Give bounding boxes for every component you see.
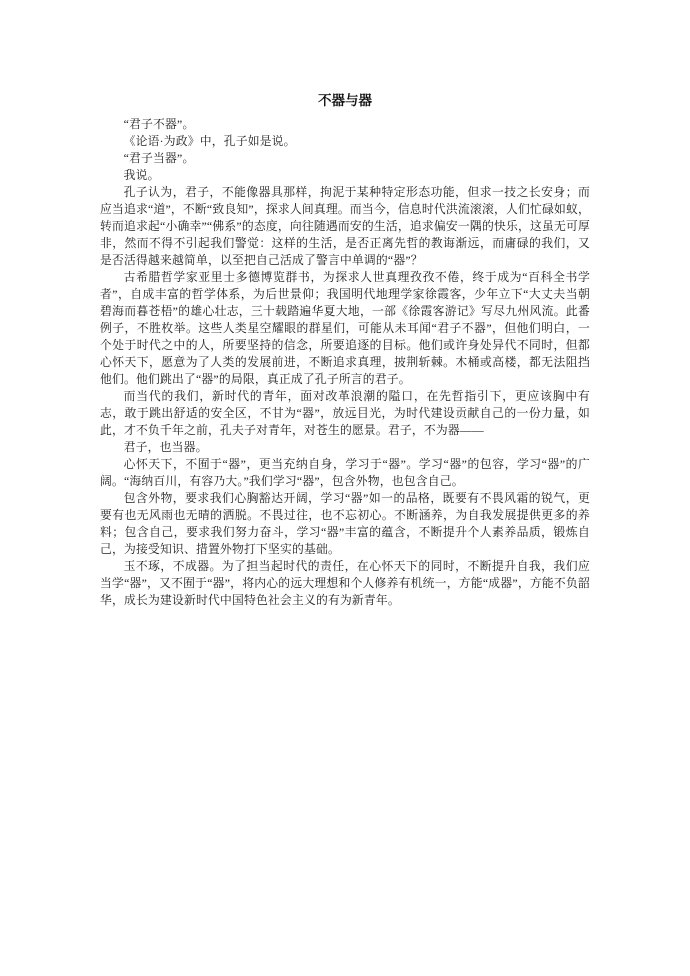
essay-paragraph: “君子当器”。 [100,150,590,167]
document-page: 不器与器 “君子不器”。 《论语·为政》中，孔子如是说。 “君子当器”。 我说。… [0,0,690,976]
essay-paragraph: 而当代的我们，新时代的青年，面对改革浪潮的隘口，在先哲指引下，更应该胸中有志，敢… [100,388,590,439]
essay-title: 不器与器 [100,92,590,109]
essay-paragraph: 古希腊哲学家亚里士多德博览群书，为探求人世真理孜孜不倦，终于成为“百科全书学者”… [100,269,590,388]
essay-paragraph: 君子，也当器。 [100,439,590,456]
essay-paragraph: “君子不器”。 [100,116,590,133]
essay-paragraph: 我说。 [100,167,590,184]
essay-content: 不器与器 “君子不器”。 《论语·为政》中，孔子如是说。 “君子当器”。 我说。… [100,92,590,609]
essay-paragraph: 心怀天下，不囿于“器”，更当充纳自身，学习于“器”。学习“器”的包容，学习“器”… [100,456,590,490]
essay-paragraph: 《论语·为政》中，孔子如是说。 [100,133,590,150]
essay-paragraph: 玉不琢，不成器。为了担当起时代的责任，在心怀天下的同时，不断提升自我，我们应当学… [100,558,590,609]
essay-paragraph: 包含外物，要求我们心胸豁达开阔，学习“器”如一的品格，既要有不畏风霜的锐气，更要… [100,490,590,558]
essay-paragraph: 孔子认为，君子，不能像器具那样，拘泥于某种特定形态功能，但求一技之长安身；而应当… [100,184,590,269]
